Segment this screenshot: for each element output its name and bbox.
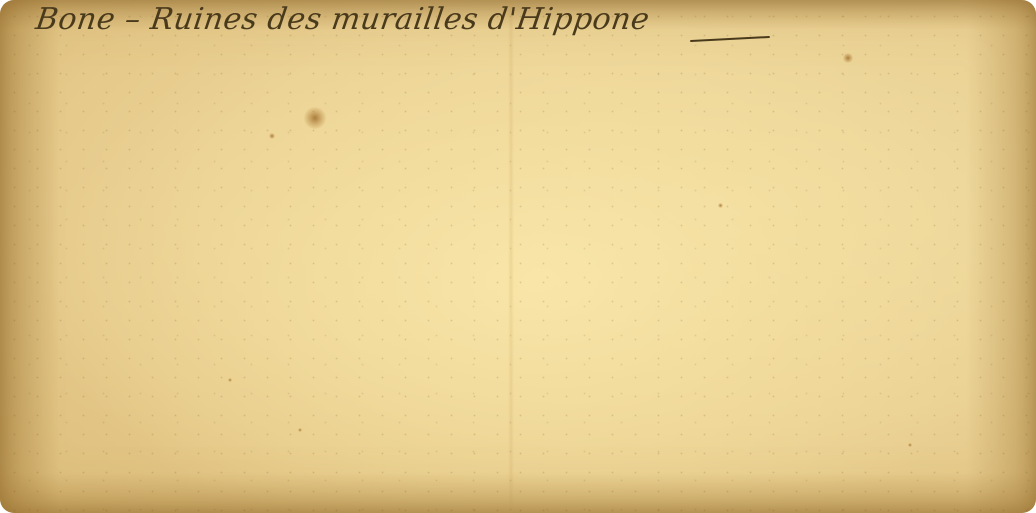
- aged-paper-card: Bone – Ruines des murailles d'Hippone: [0, 0, 1036, 513]
- foxing-spot: [304, 107, 326, 129]
- foxing-spot: [269, 133, 275, 139]
- paper-speckle-texture: [0, 0, 1036, 513]
- handwritten-inscription: Bone – Ruines des murailles d'Hippone: [34, 2, 652, 37]
- foxing-spot: [843, 53, 853, 63]
- foxing-spot: [228, 378, 232, 382]
- foxing-spot: [908, 443, 912, 447]
- foxing-spot: [718, 203, 723, 208]
- foxing-spot: [298, 428, 302, 432]
